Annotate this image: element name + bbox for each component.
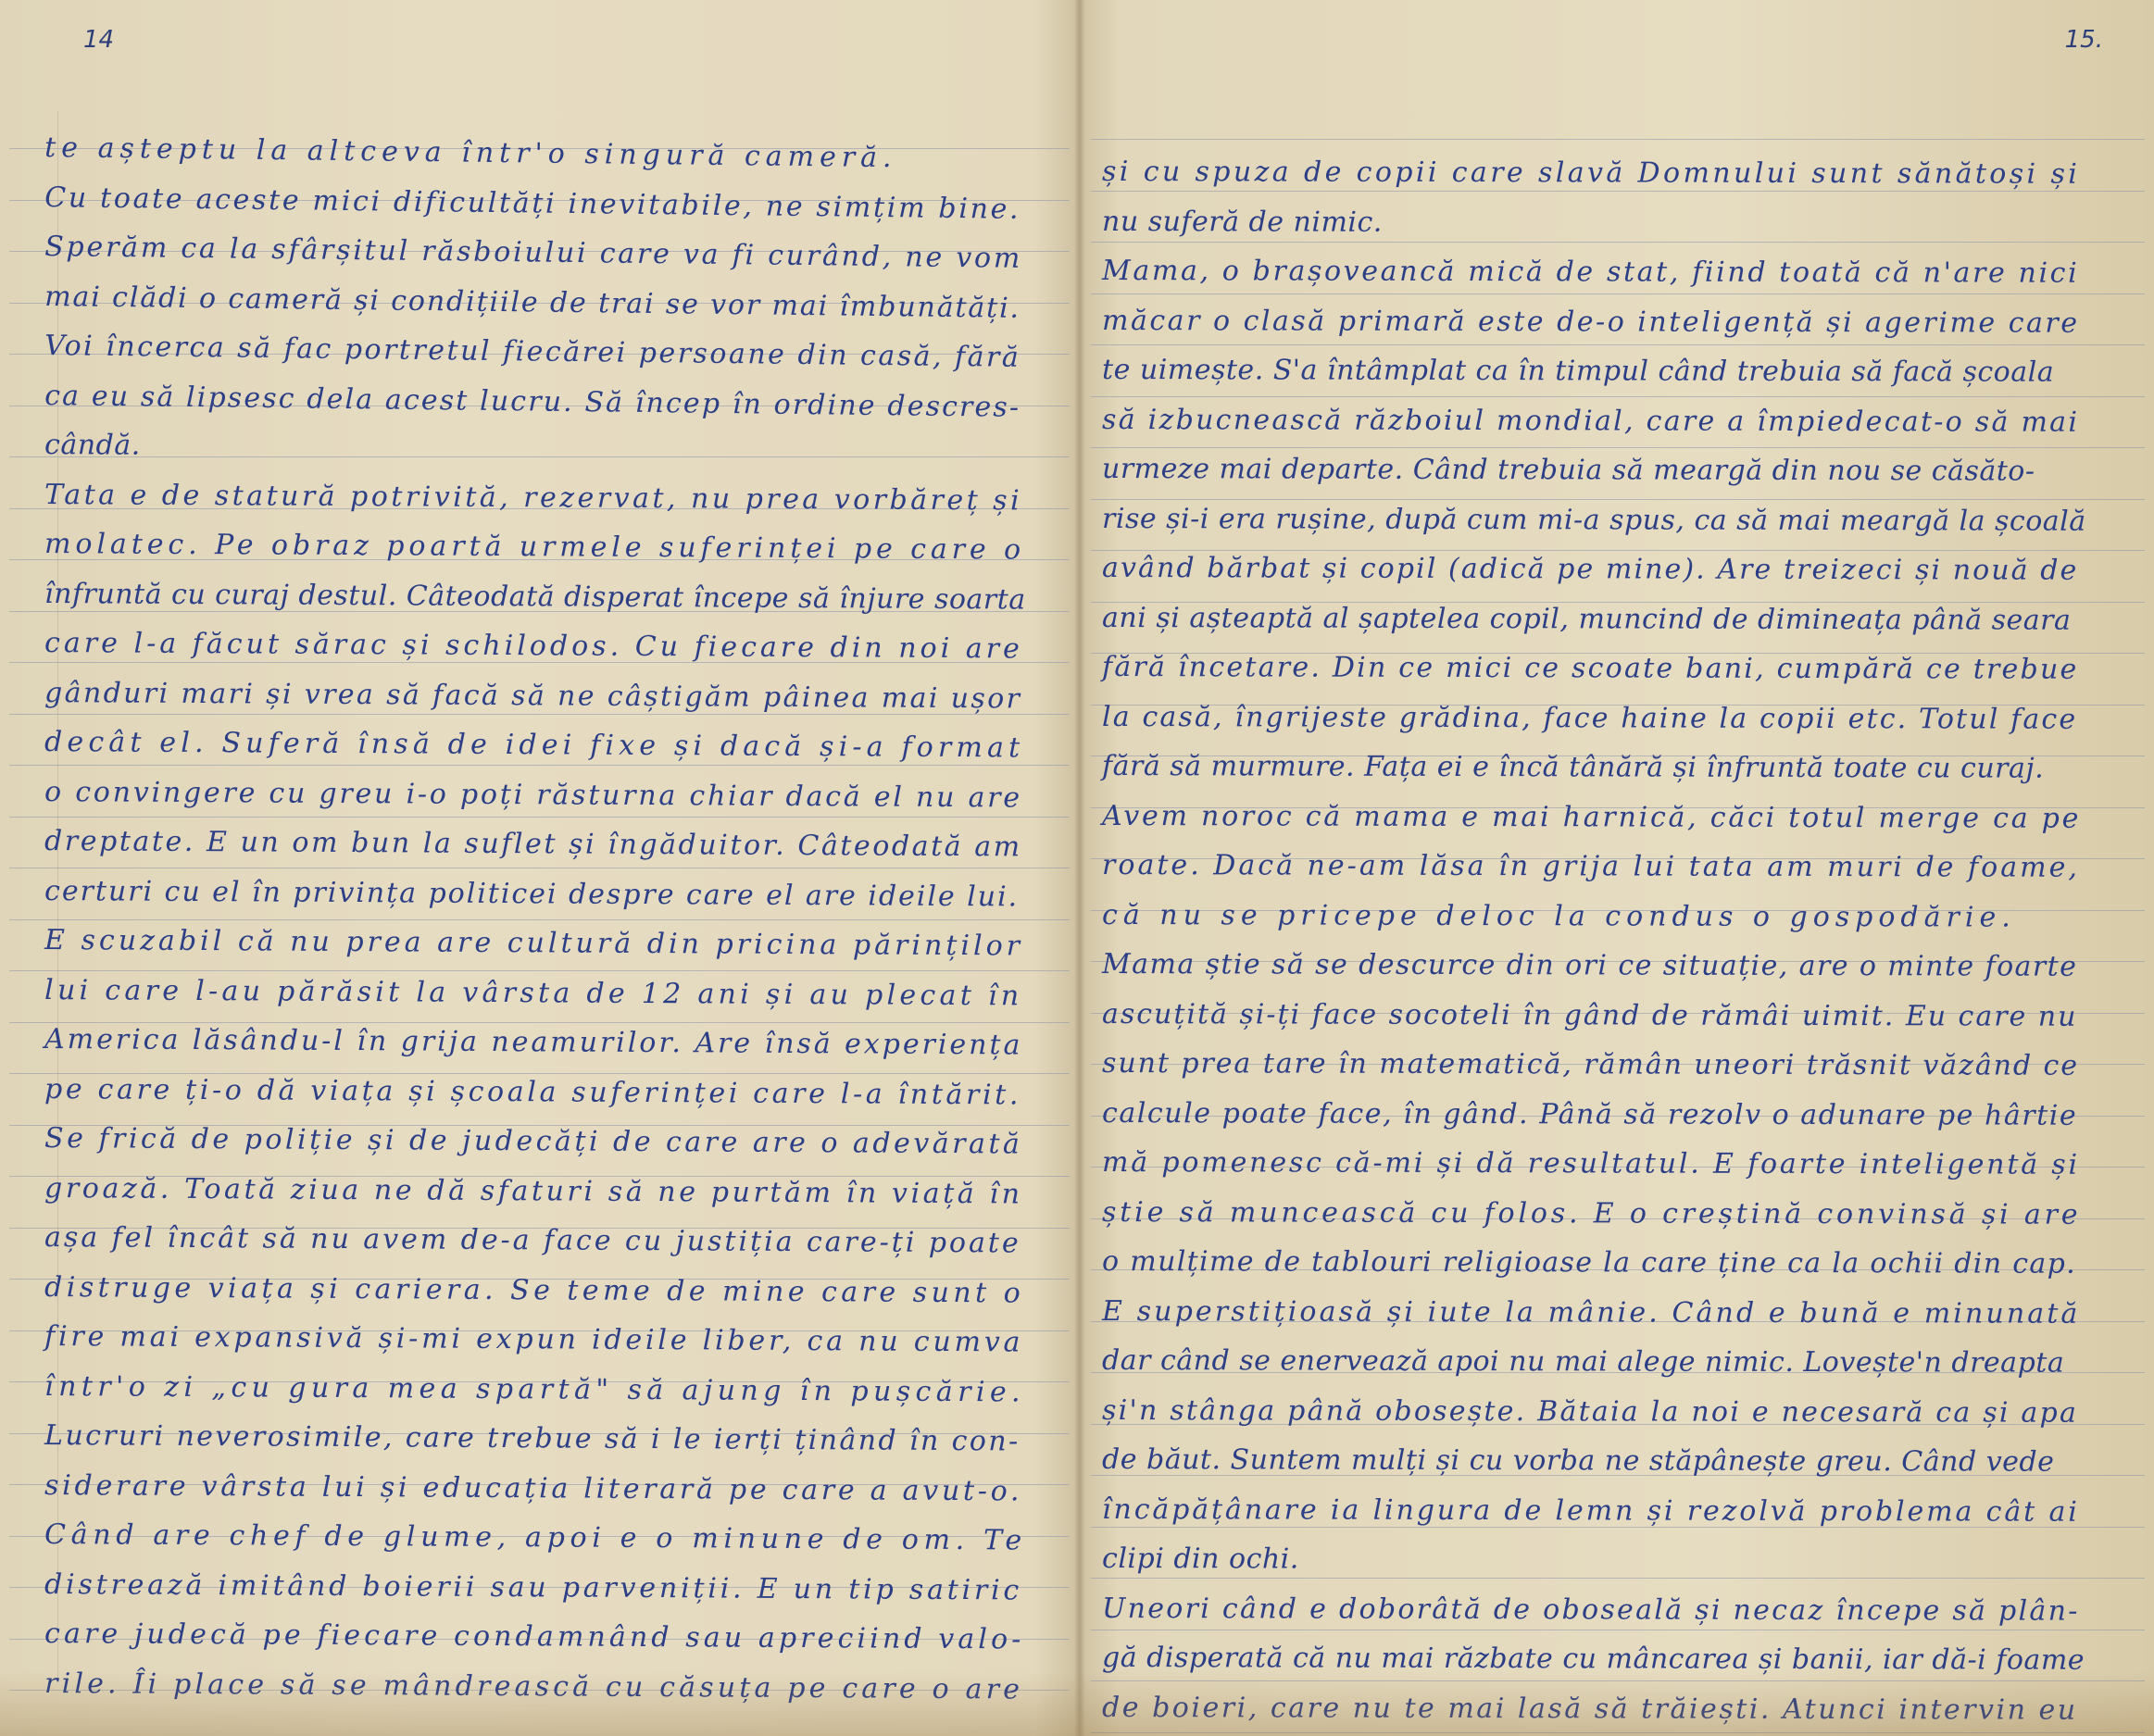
handwritten-line: Lucruri neverosimile, care trebue să i l… [44,1419,1021,1457]
handwritten-line: Când are chef de glume, apoi e o minune … [44,1518,1027,1556]
handwritten-line: știe să muncească cu folos. E o creștină… [1102,1196,2081,1231]
ruled-line [1091,242,2145,243]
ruled-line [1091,1630,2145,1630]
page-number: 14 [83,26,114,54]
ruled-line [1091,447,2145,448]
handwritten-line: Cu toate aceste mici dificultăți inevita… [44,181,1021,226]
handwritten-line: molatec. Pe obraz poartă urmele suferinț… [44,528,1025,566]
handwritten-line: cândă. [44,429,141,462]
handwritten-line: care l-a făcut sărac și schilodos. Cu fi… [44,627,1023,665]
handwritten-line: certuri cu el în privința politicei desp… [44,875,1019,913]
handwritten-line: de băut. Suntem mulți și cu vorba ne stă… [1102,1443,2054,1479]
handwritten-line: așa fel încât să nu avem de-a face cu ju… [44,1221,1021,1259]
left-page: 14 te așteptu la altceva într'o singură … [0,0,1079,1736]
ruled-line [1091,344,2145,345]
handwritten-line: fire mai expansivă și-mi expun ideile li… [44,1320,1023,1358]
ruled-line [1091,396,2145,397]
handwritten-line: având bărbat și copil (adică pe mine). A… [1102,552,2078,587]
ruled-line [9,456,1070,457]
ruled-line [9,970,1070,971]
handwritten-line: siderare vârsta lui și educația literară… [44,1469,1022,1507]
handwritten-line: o mulțime de tablouri religioase la care… [1102,1245,2076,1280]
handwritten-line: ascuțită și-ți face socoteli în gând de … [1102,998,2077,1033]
handwritten-line: gânduri mari și vrea să facă să ne câști… [44,677,1021,715]
handwritten-line: fără încetare. Din ce mici ce scoate ban… [1102,651,2079,686]
handwritten-line: ca eu să lipsesc dela acest lucru. Să în… [44,380,1021,424]
page-shadow [0,1671,2154,1736]
right-page: 15. și cu spuza de copii care slavă Domn… [1082,0,2154,1736]
ruled-line [1091,139,2145,140]
ruled-line [1091,191,2145,192]
handwritten-line: Mama știe să se descurce din ori ce situ… [1102,948,2077,983]
ruled-line [9,817,1070,818]
handwritten-line: la casă, îngrijeste grădina, face haine … [1102,701,2077,736]
ruled-line [9,1022,1070,1023]
handwritten-line: roate. Dacă ne-am lăsa în grija lui tata… [1102,849,2080,884]
handwritten-line: Voi încerca să fac portretul fiecărei pe… [44,330,1021,374]
handwritten-line: decât el. Suferă însă de idei fixe și da… [44,726,1024,764]
handwritten-line: dar când se enervează apoi nu mai alege … [1102,1344,2064,1380]
ruled-line [1091,1578,2145,1579]
handwritten-line: Tata e de statură potrivită, rezervat, n… [44,479,1022,517]
handwritten-line: mă pomenesc că-mi și dă resultatul. E fo… [1102,1146,2080,1181]
handwritten-line: dreptate. E un om bun la suflet și îngăd… [44,825,1022,863]
handwritten-line: E superstițioasă și iute la mânie. Când … [1102,1295,2080,1330]
handwritten-line: Uneori când e doborâtă de oboseală și ne… [1102,1592,2080,1628]
handwritten-line: distrează imitând boierii sau parveniții… [44,1568,1022,1606]
handwritten-line: sunt prea tare în matematică, rămân uneo… [1102,1047,2079,1082]
handwritten-line: că nu se pricepe deloc la condus o gospo… [1102,899,2016,934]
handwritten-line: înfruntă cu curaj destul. Câteodată disp… [44,578,1026,616]
ruled-line [9,919,1070,920]
handwritten-line: E scuzabil că nu prea are cultură din pr… [44,924,1023,962]
handwritten-line: groază. Toată ziua ne dă sfaturi să ne p… [44,1172,1023,1210]
handwritten-line: nu suferă de nimic. [1102,206,1383,239]
handwritten-line: te așteptu la altceva într'o singură cam… [44,131,897,174]
handwritten-line: distruge viața și cariera. Se teme de mi… [44,1271,1024,1309]
handwritten-line: Se frică de poliție și de judecăți de ca… [44,1122,1022,1160]
handwritten-line: care judecă pe fiecare condamnând sau ap… [44,1617,1025,1655]
handwritten-line: ani și așteaptă al șaptelea copil, munci… [1102,602,2071,637]
page-number: 15. [2065,26,2103,54]
ruled-line [1091,550,2145,551]
handwritten-line: să izbucnească războiul mondial, care a … [1102,404,2079,439]
handwritten-line: o convingere cu greu i-o poți răsturna c… [44,776,1022,814]
handwritten-line: și'n stânga până obosește. Bătaia la noi… [1102,1394,2078,1430]
handwritten-line: Avem noroc că mama e mai harnică, căci t… [1102,800,2081,835]
ruled-line [9,765,1070,766]
handwritten-line: Sperăm ca la sfârșitul răsboiului care v… [44,231,1022,275]
notebook-spread: 14 te așteptu la altceva într'o singură … [0,0,2154,1736]
handwritten-line: încăpățânare ia lingura de lemn și rezol… [1102,1493,2080,1529]
handwritten-line: și cu spuza de copii care slavă Domnului… [1102,156,2080,191]
ruled-line [9,868,1070,868]
handwritten-line: măcar o clasă primară este de-o intelige… [1102,305,2080,340]
handwritten-line: te uimește. S'a întâmplat ca în timpul c… [1102,354,2054,389]
handwritten-line: America lăsându-l în grija neamurilor. A… [44,1023,1022,1061]
handwritten-line: urmeze mai departe. Când trebuia să mear… [1102,453,2035,488]
ruled-line [1091,293,2145,294]
ruled-line [1091,499,2145,500]
handwritten-line: pe care ți-o dă viața și școala suferinț… [44,1073,1021,1111]
handwritten-line: lui care l-au părăsit la vârsta de 12 an… [44,974,1023,1012]
handwritten-line: Mama, o brașoveancă mică de stat, fiind … [1102,255,2079,290]
handwritten-line: fără să murmure. Fața ei e încă tânără ș… [1102,750,2044,785]
handwritten-line: într'o zi „cu gura mea spartă" să ajung … [44,1370,1025,1408]
handwritten-line: rise și-i era rușine, după cum mi-a spus… [1102,503,2086,538]
handwritten-line: clipi din ochi. [1102,1542,1299,1576]
handwritten-line: mai clădi o cameră și condițiile de trai… [44,281,1021,325]
handwritten-line: calcule poate face, în gând. Până să rez… [1102,1097,2077,1132]
